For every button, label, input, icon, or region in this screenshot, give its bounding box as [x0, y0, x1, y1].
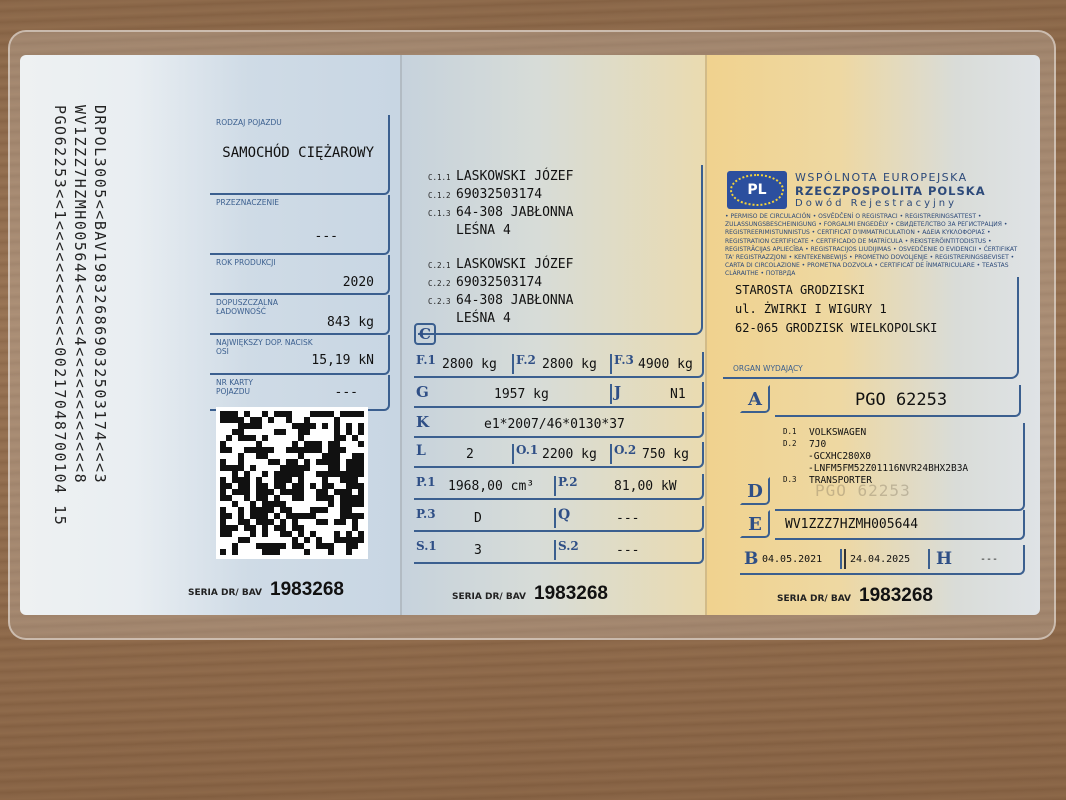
key-o2: O.2 — [614, 443, 636, 457]
key-p1: P.1 — [416, 475, 436, 489]
value-d2: 7J0 — [809, 439, 826, 450]
owner-name: LASKOWSKI JÓZEF — [456, 169, 573, 184]
value-l: 2 — [466, 447, 474, 462]
value-f1: 2800 kg — [442, 357, 497, 372]
key-b: B — [744, 549, 758, 569]
series-middle: SERIA DR/ BAV 1983268 — [452, 583, 608, 605]
field-vehicle-type: RODZAJ POJAZDU SAMOCHÓD CIĘŻAROWY — [210, 115, 390, 195]
value-p2: 81,00 kW — [614, 479, 677, 494]
header-country: RZECZPOSPOLITA POLSKA — [795, 184, 986, 198]
value-g: 1957 kg — [494, 387, 549, 402]
row-p3-q: P.3D Q--- — [414, 506, 704, 532]
series-label: SERIA DR/ BAV — [188, 588, 262, 598]
key-f2: F.2 — [516, 353, 536, 367]
field-axle-load: NAJWIĘKSZY DOP. NACISK OSI 15,19 kN — [210, 335, 390, 375]
mrz-line-2: WV1ZZZ7HZMH005644<<<<<4<<<<<<<<<<<<8 — [70, 105, 90, 526]
owner-street: LEŚNA 4 — [456, 223, 511, 238]
owner-box: C.1.1LASKOWSKI JÓZEF C.1.269032503174 C.… — [418, 165, 703, 335]
owner-id: 69032503174 — [456, 187, 542, 202]
label-vehicle-card: NR KARTY POJAZDU — [216, 378, 276, 396]
mrz-zone: DRPOL3005<<BAV198326869032503174<<<3 WV1… — [50, 105, 110, 526]
value-a: PGO 62253 — [855, 390, 947, 410]
row-s: S.13 S.2--- — [414, 538, 704, 564]
row-k: Ke1*2007/46*0130*37 — [414, 412, 704, 438]
key-l: L — [416, 443, 426, 459]
left-panel: DRPOL3005<<BAV198326869032503174<<<3 WV1… — [20, 55, 400, 615]
mrz-line-3: PGO62253<<1<<<<<<<<<<<<00217048700104 15 — [50, 105, 70, 526]
code-d3: D.3 — [783, 475, 803, 486]
field-production-year: ROK PRODUKCJI 2020 — [210, 255, 390, 295]
series-number-right: 1983268 — [859, 585, 933, 607]
value-o1: 2200 kg — [542, 447, 597, 462]
label-production-year: ROK PRODUKCJI — [216, 258, 276, 267]
key-f3: F.3 — [614, 353, 634, 367]
key-p3: P.3 — [416, 507, 436, 521]
row-l-o: L2 O.12200 kg O.2750 kg — [414, 442, 704, 468]
middle-panel: C.1.1LASKOWSKI JÓZEF C.1.269032503174 C.… — [400, 55, 705, 615]
holder-id: 69032503174 — [456, 275, 542, 290]
key-j: J — [614, 383, 621, 401]
authority-label: ORGAN WYDAJĄCY — [733, 364, 803, 373]
value-vehicle-card: --- — [335, 385, 358, 400]
value-h: --- — [980, 554, 998, 565]
value-p3: D — [474, 511, 482, 526]
label-axle-load: NAJWIĘKSZY DOP. NACISK OSI — [216, 338, 316, 356]
authority-line-2: ul. ŻWIRKI I WIGURY 1 — [735, 302, 887, 316]
key-s2: S.2 — [558, 539, 579, 553]
key-d: D — [740, 477, 770, 505]
key-h: H — [936, 549, 952, 569]
key-e: E — [740, 510, 770, 538]
value-axle-load: 15,19 kN — [311, 353, 374, 368]
value-s2: --- — [616, 543, 639, 558]
field-vehicle-card: NR KARTY POJAZDU --- — [210, 375, 390, 411]
value-f3: 4900 kg — [638, 357, 693, 372]
key-s1: S.1 — [416, 539, 437, 553]
row-f: F.12800 kg F.22800 kg F.34900 kg — [414, 352, 704, 378]
series-number-mid: 1983268 — [534, 583, 608, 605]
key-f1: F.1 — [416, 353, 436, 367]
owner-city: 64-308 JABŁONNA — [456, 205, 573, 220]
key-a: A — [740, 385, 770, 413]
value-d3: TRANSPORTER — [809, 475, 872, 486]
value-s1: 3 — [474, 543, 482, 558]
value-f2: 2800 kg — [542, 357, 597, 372]
value-payload: 843 kg — [327, 315, 374, 330]
value-b: 04.05.2021 — [762, 554, 822, 565]
row-g-j: G1957 kg JN1 — [414, 382, 704, 408]
value-d2-version: -LNFM5FM52Z01116NVR24BHX2B3A — [808, 463, 968, 474]
value-vehicle-type: SAMOCHÓD CIĘŻAROWY — [222, 145, 374, 161]
code-c13: C.1.3 — [428, 209, 450, 218]
label-purpose: PRZEZNACZENIE — [216, 198, 279, 207]
registration-document: DRPOL3005<<BAV198326869032503174<<<3 WV1… — [20, 55, 1040, 615]
authority-line-1: STAROSTA GRODZISKI — [735, 283, 865, 297]
multilingual-titles: • PERMISO DE CIRCULACIÓN • OSVĚDČENÍ O R… — [725, 213, 1025, 279]
key-o1: O.1 — [516, 443, 538, 457]
row-b-i-h: B 04.05.2021 24.04.2025 H --- — [740, 545, 1025, 575]
value-d2-variant: -GCXHC280X0 — [808, 451, 871, 462]
value-k: e1*2007/46*0130*37 — [484, 417, 625, 432]
value-j: N1 — [670, 387, 686, 402]
c-label: C — [414, 323, 436, 345]
key-q: Q — [558, 507, 570, 523]
code-c12: C.1.2 — [428, 191, 450, 200]
header-eu: WSPÓLNOTA EUROPEJSKA — [795, 171, 968, 184]
value-e: WV1ZZZ7HZMH005644 — [785, 517, 918, 532]
value-purpose: --- — [315, 229, 338, 244]
header-doc-title: Dowód Rejestracyjny — [795, 198, 957, 209]
code-c22: C.2.2 — [428, 279, 450, 288]
value-o2: 750 kg — [642, 447, 689, 462]
field-payload: DOPUSZCZALNA ŁADOWNOŚĆ 843 kg — [210, 295, 390, 335]
key-p2: P.2 — [558, 475, 578, 489]
code-d2: D.2 — [783, 439, 803, 450]
label-payload: DOPUSZCZALNA ŁADOWNOŚĆ — [216, 298, 296, 316]
row-p1-p2: P.11968,00 cm³ P.281,00 kW — [414, 474, 704, 500]
value-d1: VOLKSWAGEN — [809, 427, 866, 438]
issuing-authority-box: STAROSTA GRODZISKI ul. ŻWIRKI I WIGURY 1… — [723, 277, 1019, 379]
value-i: 24.04.2025 — [850, 554, 910, 565]
key-k: K — [416, 413, 429, 431]
series-left: SERIA DR/ BAV 1983268 — [188, 579, 344, 601]
value-p1: 1968,00 cm³ — [448, 479, 534, 494]
code-c21: C.2.1 — [428, 261, 450, 270]
series-label-mid: SERIA DR/ BAV — [452, 592, 526, 602]
code-c11: C.1.1 — [428, 173, 450, 182]
series-label-right: SERIA DR/ BAV — [777, 594, 851, 604]
series-right: SERIA DR/ BAV 1983268 — [777, 585, 933, 607]
holder-name: LASKOWSKI JÓZEF — [456, 257, 573, 272]
right-panel: PL WSPÓLNOTA EUROPEJSKA RZECZPOSPOLITA P… — [705, 55, 1040, 615]
authority-line-3: 62-065 GRODZISK WIELKOPOLSKI — [735, 321, 937, 335]
mrz-line-1: DRPOL3005<<BAV198326869032503174<<<3 — [90, 105, 110, 526]
code-d1: D.1 — [783, 427, 803, 438]
qr-code-icon — [216, 407, 368, 559]
key-g: G — [416, 383, 429, 401]
series-number: 1983268 — [270, 579, 344, 601]
holder-city: 64-308 JABŁONNA — [456, 293, 573, 308]
code-c23: C.2.3 — [428, 297, 450, 306]
label-vehicle-type: RODZAJ POJAZDU — [216, 118, 282, 127]
eu-flag-icon: PL — [727, 171, 787, 209]
row-e: WV1ZZZ7HZMH005644 — [775, 510, 1025, 540]
holder-street: LEŚNA 4 — [456, 311, 511, 326]
value-q: --- — [616, 511, 639, 526]
value-production-year: 2020 — [343, 275, 374, 290]
row-a: PGO 62253 — [775, 385, 1021, 417]
field-purpose: PRZEZNACZENIE --- — [210, 195, 390, 255]
